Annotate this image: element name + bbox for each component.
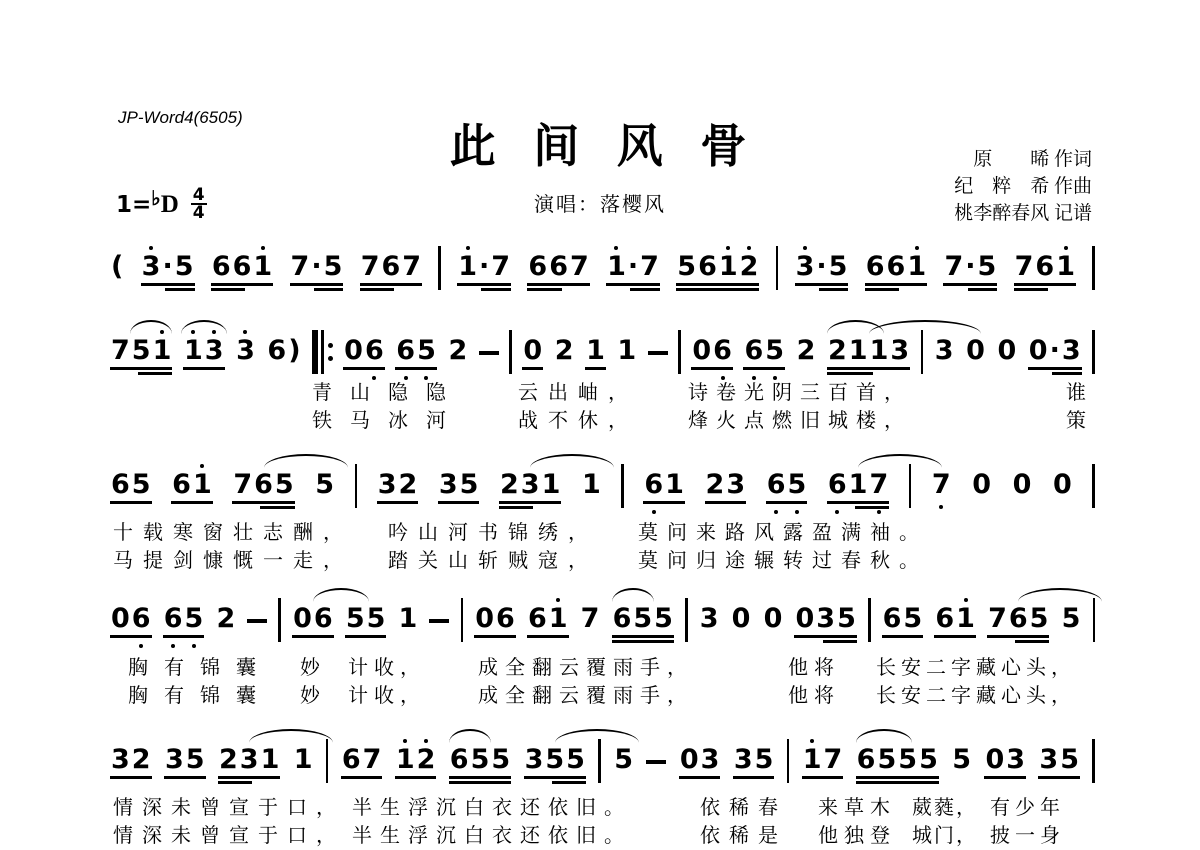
note-digit: 0 [292, 604, 313, 634]
note-digit: 7 [1014, 252, 1035, 282]
sixteenth-underline [449, 781, 511, 784]
note-token: 355 [524, 745, 586, 775]
note-digit: 6 [364, 336, 385, 366]
note-digit: 6 [313, 604, 334, 634]
lyric-segment: 青山隐隐 [312, 376, 464, 405]
note-digit: 3 [815, 604, 836, 634]
note-digit: 6 [110, 470, 131, 500]
note-digit: 3 [141, 252, 162, 282]
note-digit: 1 [581, 470, 602, 500]
note-digit: 6 [527, 252, 548, 282]
note-digit: 1 [152, 336, 173, 366]
note-digit: 6 [232, 252, 253, 282]
note-digit: 7 [110, 336, 131, 366]
note-token: 65 [395, 336, 437, 366]
note-token: 751 [110, 336, 172, 366]
note-digit: 5 [185, 745, 206, 775]
note-digit: 6 [131, 604, 152, 634]
note-digit: 2 [447, 336, 468, 366]
note-token: 67 [341, 745, 383, 775]
note-digit: · [310, 252, 322, 282]
note-digit: 3 [235, 336, 256, 366]
note-token: 3 [934, 336, 955, 366]
note-token: 0 [965, 336, 986, 366]
music-line-3: 65617655323523116123656177000 [110, 470, 1095, 504]
note-digit: 6 [643, 470, 664, 500]
barline [1092, 464, 1095, 508]
note-digit: 3 [377, 470, 398, 500]
lyric-segment: 计收， [348, 679, 426, 708]
note-digit: 3 [700, 745, 721, 775]
note-token: 65 [882, 604, 924, 634]
note-digit: 7 [490, 252, 511, 282]
slur-arc [856, 729, 913, 743]
note-digit: 0 [522, 336, 543, 366]
barline [1092, 330, 1095, 374]
note-digit: ( [110, 252, 124, 282]
note-token: 7 [580, 604, 601, 634]
note-digit: 1 [1055, 252, 1076, 282]
note-digit: 3 [733, 745, 754, 775]
sixteenth-underline [138, 372, 172, 375]
note-digit: 1 [395, 745, 416, 775]
sixteenth-underline [360, 288, 394, 291]
repeat-dot [328, 356, 333, 361]
note-digit: 5 [174, 252, 195, 282]
note-token: 5 [1061, 604, 1082, 634]
note-digit: 3 [1061, 336, 1082, 366]
note-digit: 7 [943, 252, 964, 282]
lyric-segment: 长安二字藏心头， [876, 679, 1076, 708]
note-digit: 2 [499, 470, 520, 500]
note-digit: 5 [676, 252, 697, 282]
note-digit: 6 [934, 604, 955, 634]
note-digit: 6 [612, 604, 633, 634]
transcriber-credit: 桃李醉春风 记谱 [954, 200, 1092, 227]
note-digit: 3 [889, 336, 910, 366]
note-digit: 2 [215, 604, 236, 634]
note-token: 0·3 [1028, 336, 1082, 366]
note-digit: 3 [524, 745, 545, 775]
barline [438, 246, 441, 290]
note-digit: · [627, 252, 639, 282]
note-digit: 0 [1052, 470, 1073, 500]
sixteenth-underline [865, 288, 899, 291]
lyric-segment: 计收， [348, 651, 426, 680]
note-digit: 1 [906, 252, 927, 282]
note-digit: 0 [965, 336, 986, 366]
lyric-segment: 成全翻云覆雨手， [478, 679, 694, 708]
slur-arc [130, 320, 172, 334]
note-digit: 7 [580, 604, 601, 634]
note-digit: · [161, 252, 173, 282]
note-token: 1·7 [457, 252, 511, 282]
note-digit: 5 [902, 604, 923, 634]
note-digit: 3 [1038, 745, 1059, 775]
note-token: 617 [827, 470, 889, 500]
lyric-segment: 半生浮沉白衣还依旧。 [352, 791, 632, 820]
note-token: 06 [691, 336, 733, 366]
dash-note [479, 351, 499, 355]
tie-arc [858, 454, 942, 468]
note-digit: 5 [836, 604, 857, 634]
note-token: 12 [395, 745, 437, 775]
note-digit: 7 [362, 745, 383, 775]
note-digit: 5 [274, 470, 295, 500]
note-token: 17 [802, 745, 844, 775]
note-digit: 2 [416, 745, 437, 775]
note-token: 035 [794, 604, 856, 634]
sixteenth-underline [612, 640, 674, 643]
repeat-dots [328, 330, 333, 374]
note-digit: 0 [1028, 336, 1049, 366]
barline [678, 330, 681, 374]
note-digit: 1 [848, 470, 869, 500]
note-token: 667 [527, 252, 589, 282]
sixteenth-underline [1014, 288, 1048, 291]
note-digit: ) [287, 336, 301, 366]
note-digit: 1 [541, 470, 562, 500]
lyric-segment: 胸有锦囊 [128, 651, 272, 680]
lyric-segment: 成全翻云覆雨手， [478, 651, 694, 680]
note-token: 03 [679, 745, 721, 775]
note-token: 1 [585, 336, 606, 366]
lyric-segment: 他将 [788, 651, 840, 680]
sixteenth-underline [856, 781, 939, 784]
note-digit: 5 [951, 745, 972, 775]
lyric-segment: 他独登 [818, 819, 896, 848]
note-token: 55 [345, 604, 387, 634]
repeat-dot [328, 343, 333, 348]
note-token: 65 [743, 336, 785, 366]
note-token: 2113 [827, 336, 910, 366]
note-token: 3·5 [795, 252, 849, 282]
note-digit: 1 [548, 604, 569, 634]
note-digit: 0 [971, 470, 992, 500]
note-token: 5 [314, 470, 335, 500]
note-digit: 2 [827, 336, 848, 366]
note-digit: 1 [293, 745, 314, 775]
note-digit: 5 [131, 336, 152, 366]
note-token: 06 [474, 604, 516, 634]
note-token: 35 [1038, 745, 1080, 775]
note-token: 5 [613, 745, 634, 775]
lyricist-credit: 原 晞 作词 [954, 146, 1092, 173]
note-digit: · [964, 252, 976, 282]
note-digit: 6 [712, 336, 733, 366]
note-token: 0 [522, 336, 543, 366]
time-signature: 44 [191, 187, 207, 222]
note-digit: 0 [984, 745, 1005, 775]
barline [326, 739, 329, 783]
sixteenth-underline [481, 288, 511, 291]
note-token: 2 [554, 336, 575, 366]
note-digit: 5 [314, 470, 335, 500]
slur-arc [449, 729, 491, 743]
key-signature: 1=♭D44 [116, 186, 207, 222]
note-token: 5 [951, 745, 972, 775]
note-digit: 6 [495, 604, 516, 634]
barline [278, 598, 281, 642]
music-line-5: 3235231167126553555033517655550335 [110, 745, 1095, 779]
note-digit: 5 [632, 604, 653, 634]
sixteenth-underline [676, 288, 759, 291]
note-token: ( [110, 252, 124, 282]
note-digit: 6 [253, 470, 274, 500]
tie-arc [249, 729, 333, 743]
note-digit: 3 [520, 470, 541, 500]
lyric-segment: 铁马冰河 [312, 404, 464, 433]
note-digit: 1 [457, 252, 478, 282]
note-token: 7 [931, 470, 952, 500]
lyric-segment: 依稀是 [700, 819, 787, 848]
note-token: 0 [1052, 470, 1073, 500]
repeat-start-sign [312, 330, 333, 374]
note-digit: 0 [691, 336, 712, 366]
barline [1093, 598, 1096, 642]
sixteenth-underline [968, 288, 998, 291]
note-token: 231 [499, 470, 561, 500]
note-digit: 6 [341, 745, 362, 775]
lyric-segment: 城门， [912, 819, 978, 848]
note-digit: 2 [218, 745, 239, 775]
sixteenth-underline [630, 288, 660, 291]
barline [1092, 739, 1095, 783]
note-digit: 3 [1005, 745, 1026, 775]
note-token: 65 [766, 470, 808, 500]
note-digit: 3 [699, 604, 720, 634]
lyric-segment: 马提剑慷慨一走， [113, 544, 353, 573]
note-token: 2 [447, 336, 468, 366]
note-digit: 6 [886, 252, 907, 282]
note-digit: · [1049, 336, 1061, 366]
lyric-segment: 他将 [788, 679, 840, 708]
note-digit: 6 [697, 252, 718, 282]
note-digit: 6 [743, 336, 764, 366]
note-digit: 1 [616, 336, 637, 366]
sixteenth-underline [211, 288, 245, 291]
note-digit: 1 [869, 336, 890, 366]
note-digit: 1 [260, 745, 281, 775]
barline [787, 739, 790, 783]
note-digit: 6 [856, 745, 877, 775]
note-digit: 5 [544, 745, 565, 775]
music-line-2: 7511336)0665202110665221133000·3 [110, 336, 1095, 370]
note-digit: 1 [192, 470, 213, 500]
barline [461, 598, 464, 642]
note-digit: 1 [664, 470, 685, 500]
note-digit: 3 [795, 252, 816, 282]
note-digit: 6 [395, 336, 416, 366]
lyric-segment: 妙 [300, 651, 320, 680]
note-digit: 7 [987, 604, 1008, 634]
barline [509, 330, 512, 374]
note-digit: 6 [163, 604, 184, 634]
sixteenth-underline [499, 506, 533, 509]
note-token: 61 [171, 470, 213, 500]
note-digit: 6 [1034, 252, 1055, 282]
note-digit: 0 [794, 604, 815, 634]
flat-icon: ♭ [151, 188, 160, 210]
lyric-segment: 云出岫， [518, 376, 638, 405]
lyric-segment: 依稀春 [700, 791, 787, 820]
note-token: 03 [984, 745, 1026, 775]
repeat-thin-bar [321, 330, 324, 374]
note-token: 7·5 [290, 252, 344, 282]
note-digit: 6 [882, 604, 903, 634]
note-digit: 6 [1008, 604, 1029, 634]
note-digit: 6 [171, 470, 192, 500]
note-digit: 6 [211, 252, 232, 282]
lyric-segment: 长安二字藏心头， [876, 651, 1076, 680]
note-digit: 7 [360, 252, 381, 282]
note-digit: 6 [449, 745, 470, 775]
note-token: 655 [612, 604, 674, 634]
note-token: 61 [643, 470, 685, 500]
sixteenth-underline [1015, 640, 1049, 643]
barline [921, 330, 924, 374]
note-digit: 1 [252, 252, 273, 282]
note-digit: 5 [323, 252, 344, 282]
note-digit: 5 [470, 745, 491, 775]
note-token: 32 [110, 745, 152, 775]
sixteenth-underline [165, 288, 195, 291]
note-digit: 6 [527, 604, 548, 634]
note-token: 661 [211, 252, 273, 282]
note-token: 13 [183, 336, 225, 366]
note-digit: 5 [1029, 604, 1050, 634]
note-digit: 5 [897, 745, 918, 775]
note-token: 3·5 [141, 252, 195, 282]
note-digit: 0 [343, 336, 364, 366]
lyric-segment: 情深未曾宣于口， [113, 819, 345, 848]
key-letter: D [161, 191, 179, 218]
note-digit: 1 [183, 336, 204, 366]
note-digit: 5 [1061, 604, 1082, 634]
repeat-thick-bar [312, 330, 318, 374]
note-token: 767 [360, 252, 422, 282]
note-digit: 3 [204, 336, 225, 366]
tie-arc [555, 729, 639, 743]
sixteenth-underline [314, 288, 344, 291]
dash-note [247, 619, 267, 623]
note-token: 6) [266, 336, 301, 366]
sixteenth-underline [1052, 372, 1082, 375]
note-token: 0 [971, 470, 992, 500]
note-digit: 2 [131, 745, 152, 775]
note-digit: 5 [977, 252, 998, 282]
note-token: 61 [934, 604, 976, 634]
note-digit: 3 [110, 745, 131, 775]
tie-arc [313, 588, 369, 602]
note-token: 0 [763, 604, 784, 634]
note-token: 1 [398, 604, 419, 634]
note-digit: 3 [725, 470, 746, 500]
note-digit: 7 [639, 252, 660, 282]
sixteenth-underline [855, 506, 889, 509]
note-token: 7·5 [943, 252, 997, 282]
note-token: 3 [699, 604, 720, 634]
note-digit: 7 [569, 252, 590, 282]
note-token: 65 [110, 470, 152, 500]
note-digit: 5 [918, 745, 939, 775]
note-digit: 5 [565, 745, 586, 775]
note-token: 2 [796, 336, 817, 366]
note-digit: 0 [474, 604, 495, 634]
note-digit: 5 [459, 470, 480, 500]
note-digit: 5 [490, 745, 511, 775]
note-digit: 5 [828, 252, 849, 282]
lyric-segment: 来草木 [818, 791, 896, 820]
barline [355, 464, 358, 508]
lyric-segment: 吟山河书锦绣， [388, 516, 598, 545]
note-digit: 3 [164, 745, 185, 775]
note-digit: 5 [1059, 745, 1080, 775]
note-digit: 1 [585, 336, 606, 366]
note-digit: 3 [239, 745, 260, 775]
barline [909, 464, 912, 508]
sixteenth-underline [827, 372, 873, 375]
note-digit: 5 [653, 604, 674, 634]
lyric-segment: 战不休， [518, 404, 638, 433]
note-digit: 6 [266, 336, 287, 366]
note-token: 1·7 [606, 252, 660, 282]
note-token: 23 [705, 470, 747, 500]
note-digit: 1 [606, 252, 627, 282]
note-digit: 5 [754, 745, 775, 775]
note-token: 32 [377, 470, 419, 500]
note-digit: 6 [381, 252, 402, 282]
note-digit: 6 [865, 252, 886, 282]
note-digit: 7 [290, 252, 311, 282]
note-digit: 1 [398, 604, 419, 634]
lyric-segment: 有少年 [990, 791, 1065, 820]
note-digit: 7 [822, 745, 843, 775]
note-token: 1 [293, 745, 314, 775]
note-token: 61 [527, 604, 569, 634]
sixteenth-underline [260, 506, 294, 509]
note-digit: 2 [554, 336, 575, 366]
note-digit: 3 [934, 336, 955, 366]
dash-note [646, 760, 666, 764]
note-token: 5612 [676, 252, 759, 282]
note-digit: 5 [876, 745, 897, 775]
dash-note [429, 619, 449, 623]
note-token: 765 [232, 470, 294, 500]
slur-arc [612, 588, 654, 602]
note-digit: 1 [802, 745, 823, 775]
note-digit: 1 [955, 604, 976, 634]
note-token: 1 [616, 336, 637, 366]
barline [868, 598, 871, 642]
lyric-segment: 情深未曾宣于口， [113, 791, 345, 820]
note-token: 0 [731, 604, 752, 634]
note-token: 35 [733, 745, 775, 775]
note-digit: 0 [731, 604, 752, 634]
note-token: 2 [215, 604, 236, 634]
note-digit: 0 [763, 604, 784, 634]
note-digit: 6 [827, 470, 848, 500]
note-digit: 7 [931, 470, 952, 500]
note-token: 765 [987, 604, 1049, 634]
note-token: 35 [164, 745, 206, 775]
tie-arc [264, 454, 348, 468]
note-token: 6555 [856, 745, 939, 775]
note-digit: · [478, 252, 490, 282]
note-token: 65 [163, 604, 205, 634]
lyric-segment: 烽火点燃旧城楼， [688, 404, 912, 433]
note-digit: 5 [416, 336, 437, 366]
